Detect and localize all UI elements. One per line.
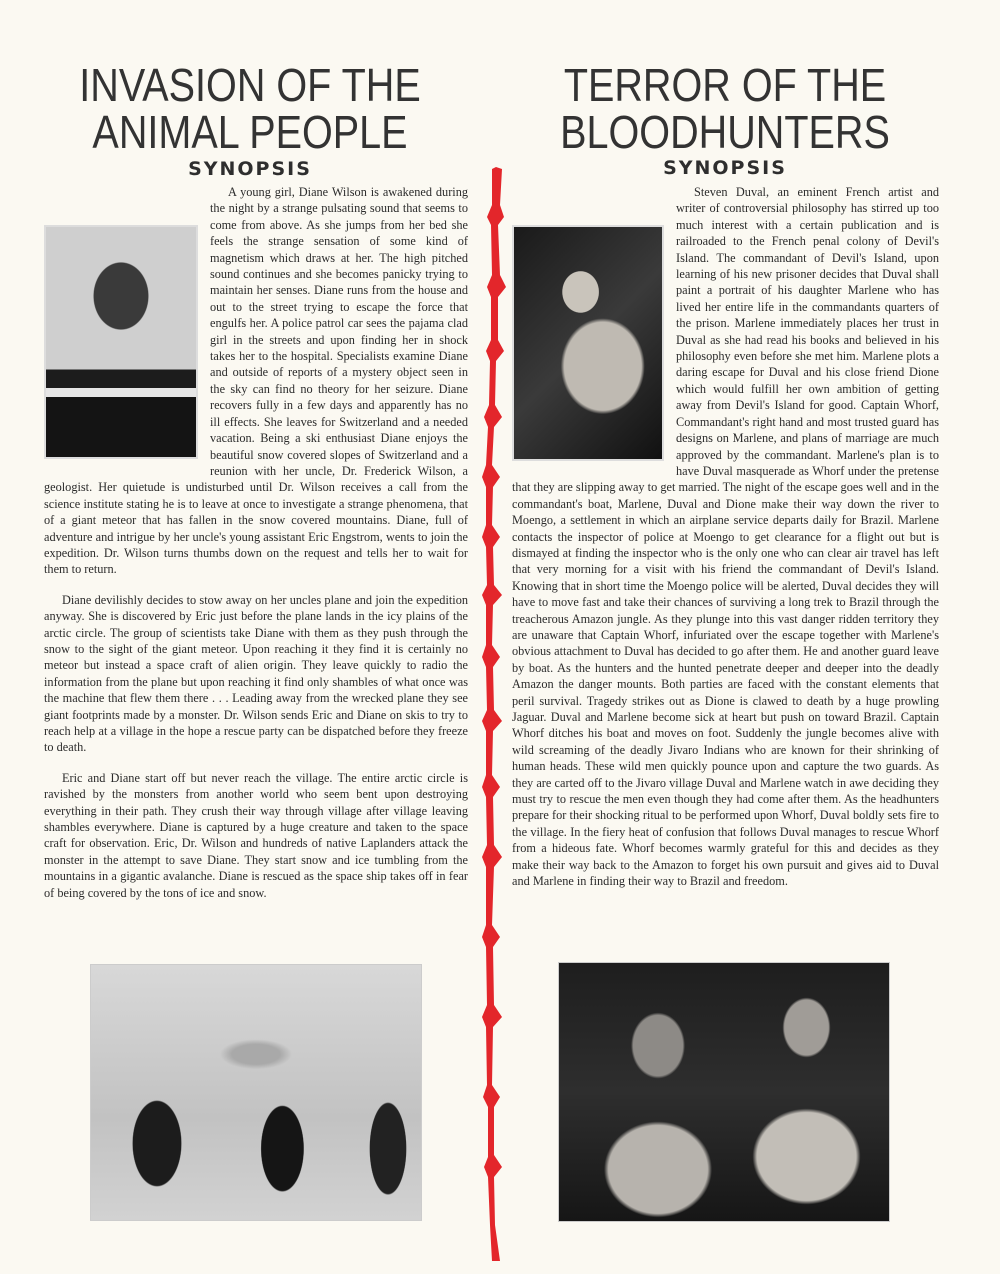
photo-man-kneeling-in-jungle	[512, 225, 664, 461]
photo-man-with-planetarium-chart	[44, 225, 198, 459]
title-line-2: BLOODHUNTERS	[560, 106, 890, 158]
red-zigzag-divider	[478, 165, 512, 1265]
synopsis-heading-left: SYNOPSIS	[170, 158, 330, 180]
brochure-page: INVASION OF THE ANIMAL PEOPLE SYNOPSIS T…	[0, 0, 1000, 1274]
synopsis-text-left: A young girl, Diane Wilson is awakened d…	[44, 184, 468, 901]
photo-two-men-with-pistol	[558, 962, 890, 1222]
paragraph: Eric and Diane start off but never reach…	[44, 770, 468, 901]
title-invasion-of-the-animal-people: INVASION OF THE ANIMAL PEOPLE	[61, 62, 439, 156]
photo-figures-in-snow	[90, 964, 422, 1221]
title-line-2: ANIMAL PEOPLE	[92, 106, 407, 158]
synopsis-heading-right: SYNOPSIS	[645, 157, 805, 179]
paragraph: Diane devilishly decides to stow away on…	[44, 592, 468, 756]
title-line-1: INVASION OF THE	[79, 59, 420, 111]
title-terror-of-the-bloodhunters: TERROR OF THE BLOODHUNTERS	[536, 62, 914, 156]
title-line-1: TERROR OF THE	[564, 59, 886, 111]
synopsis-text-right: Steven Duval, an eminent French artist a…	[512, 184, 939, 889]
